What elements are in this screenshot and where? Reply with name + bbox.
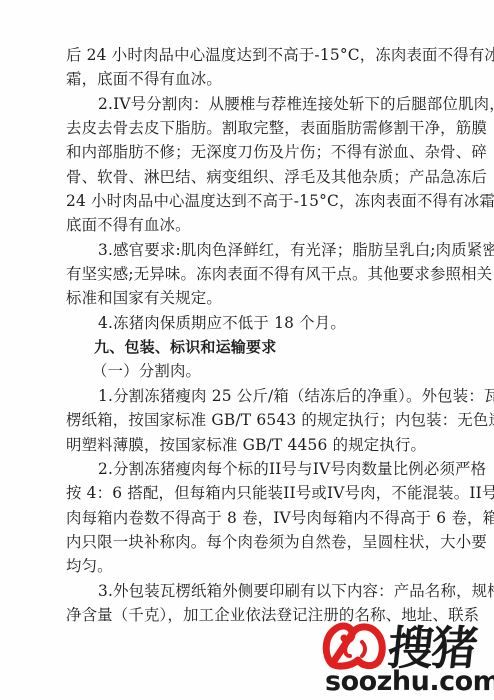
logo-domain-text: soozhu.com (325, 666, 494, 697)
text-line: 按 4：6 搭配，但每箱内只能装II号或IV号肉，不能混装。II号 (66, 481, 430, 505)
subsection-heading: （一）分割肉。 (66, 359, 430, 383)
text-line: 后 24 小时肉品中心温度达到不高于-15°C，冻肉表面不得有冰 (66, 43, 430, 67)
text-line: 内只限一块补称肉。每个肉卷须为自然卷，呈圆柱状，大小要 (66, 530, 430, 554)
document-body: 后 24 小时肉品中心温度达到不高于-15°C，冻肉表面不得有冰 霜，底面不得有… (66, 43, 430, 627)
text-line: 去皮去骨去皮下脂肪。割取完整，表面脂肪需修割干净，筋膜 (66, 116, 430, 140)
text-line: 和内部脂肪不修；无深度刀伤及片伤；不得有淤血、杂骨、碎 (66, 140, 430, 164)
document-page: 后 24 小时肉品中心温度达到不高于-15°C，冻肉表面不得有冰 霜，底面不得有… (0, 0, 494, 700)
text-line: 有坚实感;无异味。冻肉表面不得有风干点。其他要求参照相关 (66, 262, 430, 286)
text-line: 2.分割冻猪瘦肉每个标的II号与IV号肉数量比例必须严格 (66, 457, 430, 481)
text-line: 1.分割冻猪瘦肉 25 公斤/箱（结冻后的净重）。外包装：瓦 (66, 384, 430, 408)
text-line: 4.冻猪肉保质期应不低于 18 个月。 (66, 311, 430, 335)
text-line: 楞纸箱，按国家标准 GB/T 6543 的规定执行；内包装：无色透 (66, 408, 430, 432)
section-heading: 九、包装、标识和运输要求 (66, 335, 430, 359)
text-line: 标准和国家有关规定。 (66, 286, 430, 310)
text-line: 2.IV号分割肉：从腰椎与荐椎连接处斩下的后腿部位肌肉， (66, 92, 430, 116)
text-line: 均匀。 (66, 554, 430, 578)
text-line: 明塑料薄膜，按国家标准 GB/T 4456 的规定执行。 (66, 433, 430, 457)
text-line: 3.感官要求:肌肉色泽鲜红，有光泽；脂肪呈乳白;肉质紧密， (66, 238, 430, 262)
text-line: 3.外包装瓦楞纸箱外侧要印刷有以下内容：产品名称，规格， (66, 579, 430, 603)
text-line: 肉每箱内卷数不得高于 8 卷，IV号肉每箱内不得高于 6 卷，箱 (66, 506, 430, 530)
watermark-logo: 搜猪 soozhu.com (322, 618, 494, 698)
text-line: 霜，底面不得有血冰。 (66, 67, 430, 91)
swirl-logo-icon (322, 620, 388, 670)
text-line: 底面不得有血冰。 (66, 213, 430, 237)
text-line: 骨、软骨、淋巴结、病变组织、浮毛及其他杂质；产品急冻后 (66, 165, 430, 189)
text-line: 24 小时肉品中心温度达到不高于-15°C，冻肉表面不得有冰霜， (66, 189, 430, 213)
